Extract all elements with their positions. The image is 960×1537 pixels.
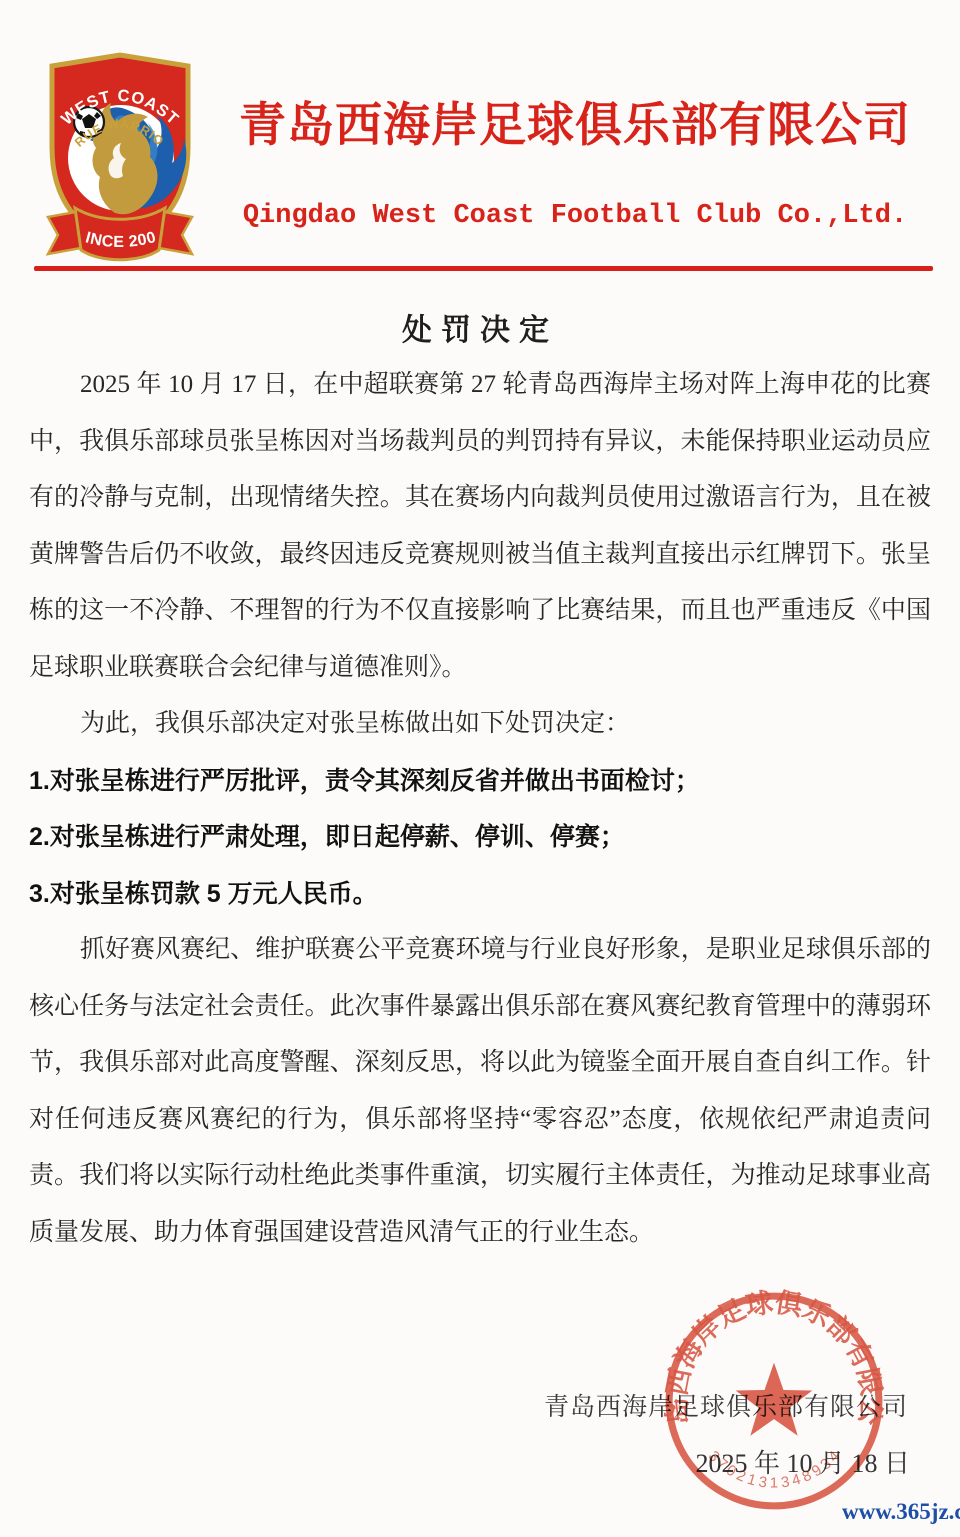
penalty-item-1: 1.对张呈栋进行严厉批评，责令其深刻反省并做出书面检讨； [29, 753, 931, 810]
seal-star-icon [736, 1363, 813, 1436]
penalty-item-2: 2.对张呈栋进行严肃处理，即日起停薪、停训、停赛； [29, 809, 931, 866]
letterhead-company-name-en: Qingdao West Coast Football Club Co.,Ltd… [222, 201, 928, 231]
document-body: 2025 年 10 月 17 日，在中超联赛第 27 轮青岛西海岸主场对阵上海申… [29, 357, 931, 1261]
penalty-item-3: 3.对张呈栋罚款 5 万元人民币。 [29, 866, 931, 923]
punishment-decision-letter: WEST COAST TRUE WARRIOR SINCE 2007 青岛西海岸… [0, 0, 960, 1537]
company-seal-stamp: 青岛西海岸足球俱乐部有限公司 3702131348934 [658, 1285, 890, 1517]
paragraph-incident: 2025 年 10 月 17 日，在中超联赛第 27 轮青岛西海岸主场对阵上海申… [29, 357, 931, 696]
seal-number-text: 3702131348934 [705, 1448, 844, 1492]
document-title: 处罚决定 [0, 305, 960, 349]
site-watermark: www.365jz.com [842, 1499, 960, 1525]
letterhead-divider-line [34, 266, 933, 271]
svg-text:3702131348934: 3702131348934 [705, 1448, 844, 1492]
club-crest-logo: WEST COAST TRUE WARRIOR SINCE 2007 [44, 52, 196, 270]
paragraph-decision-intro: 为此，我俱乐部决定对张呈栋做出如下处罚决定： [29, 696, 931, 753]
letterhead-company-name-cn: 青岛西海岸足球俱乐部有限公司 [222, 88, 928, 155]
paragraph-closing: 抓好赛风赛纪、维护联赛公平竞赛环境与行业良好形象，是职业足球俱乐部的核心任务与法… [29, 922, 931, 1261]
